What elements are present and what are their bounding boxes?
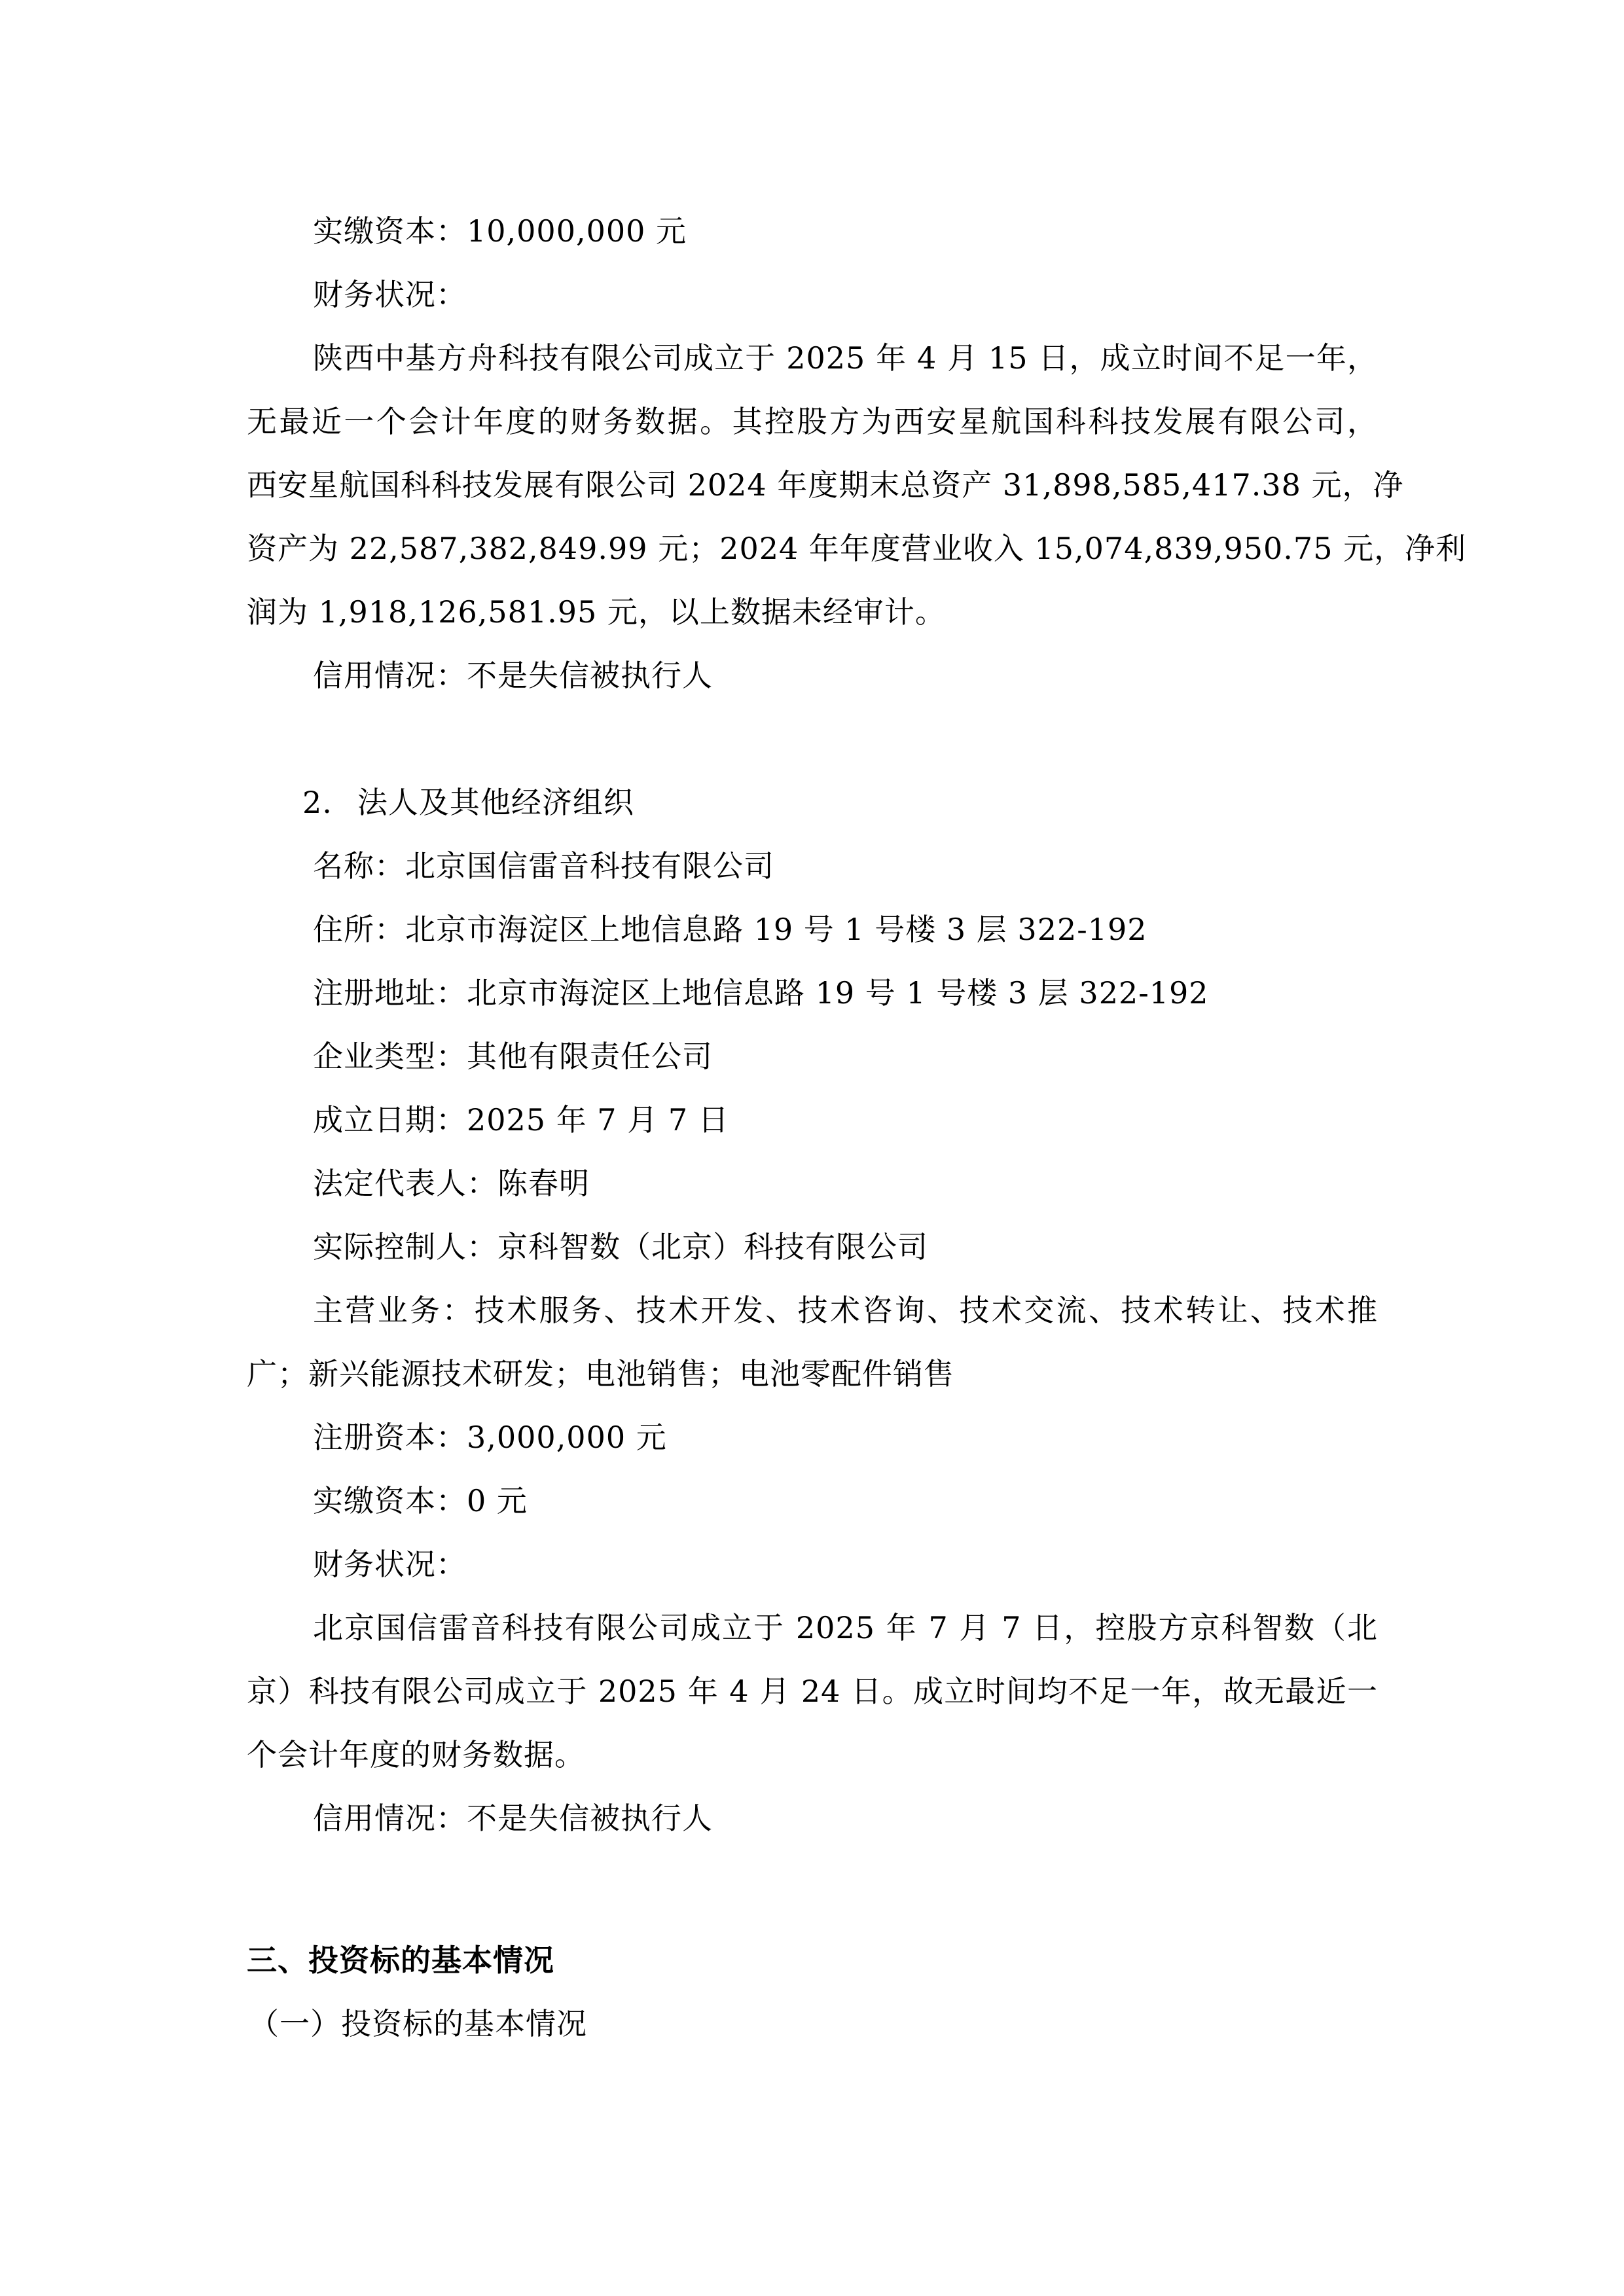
financial-line-prev-4: 资产为 22,587,382,849.99 元；2024 年年度营业收入 15,… — [247, 529, 1378, 568]
entity-financial-line-2: 京）科技有限公司成立于 2025 年 4 月 24 日。成立时间均不足一年，故无… — [247, 1672, 1378, 1711]
entity-credit: 信用情况：不是失信被执行人 — [313, 1799, 1378, 1838]
section-2-number: 2. — [302, 785, 333, 820]
section-3-subheading: （一）投资标的基本情况 — [249, 2004, 1380, 2043]
entity-registered-capital: 注册资本：3,000,000 元 — [313, 1418, 1378, 1457]
credit-prev: 信用情况：不是失信被执行人 — [313, 656, 1378, 695]
entity-established-date: 成立日期：2025 年 7 月 7 日 — [313, 1100, 1378, 1139]
entity-actual-controller: 实际控制人：京科智数（北京）科技有限公司 — [313, 1227, 1378, 1266]
entity-financial-line-1: 北京国信雷音科技有限公司成立于 2025 年 7 月 7 日，控股方京科智数（北 — [313, 1608, 1378, 1647]
entity-financial-label: 财务状况： — [313, 1545, 1378, 1584]
document-page: 实缴资本：10,000,000 元 财务状况： 陕西中基方舟科技有限公司成立于 … — [0, 0, 1624, 2296]
entity-financial-line-3: 个会计年度的财务数据。 — [247, 1735, 1378, 1774]
section-3-heading: 三、投资标的基本情况 — [247, 1941, 1378, 1980]
entity-business-line-2: 广；新兴能源技术研发；电池销售；电池零配件销售 — [247, 1354, 1378, 1393]
entity-residence: 住所：北京市海淀区上地信息路 19 号 1 号楼 3 层 322-192 — [313, 910, 1378, 949]
entity-name: 名称：北京国信雷音科技有限公司 — [313, 846, 1378, 886]
financial-line-prev-5: 润为 1,918,126,581.95 元，以上数据未经审计。 — [247, 592, 1378, 632]
entity-legal-rep: 法定代表人：陈春明 — [313, 1164, 1378, 1203]
entity-registered-address: 注册地址：北京市海淀区上地信息路 19 号 1 号楼 3 层 322-192 — [313, 973, 1378, 1013]
entity-company-type: 企业类型：其他有限责任公司 — [313, 1037, 1378, 1076]
entity-business-line-1: 主营业务：技术服务、技术开发、技术咨询、技术交流、技术转让、技术推 — [313, 1291, 1378, 1330]
financial-line-prev-1: 陕西中基方舟科技有限公司成立于 2025 年 4 月 15 日，成立时间不足一年… — [313, 338, 1378, 378]
financial-line-prev-3: 西安星航国科科技发展有限公司 2024 年度期末总资产 31,898,585,4… — [247, 465, 1378, 505]
section-2-title: 法人及其他经济组织 — [357, 785, 634, 820]
entity-paid-capital: 实缴资本：0 元 — [313, 1481, 1378, 1520]
financial-label-prev: 财务状况： — [313, 275, 1378, 314]
section-2-heading: 2.法人及其他经济组织 — [302, 783, 1434, 822]
paid-capital-prev: 实缴资本：10,000,000 元 — [313, 211, 1378, 251]
financial-line-prev-2: 无最近一个会计年度的财务数据。其控股方为西安星航国科科技发展有限公司， — [247, 402, 1378, 441]
